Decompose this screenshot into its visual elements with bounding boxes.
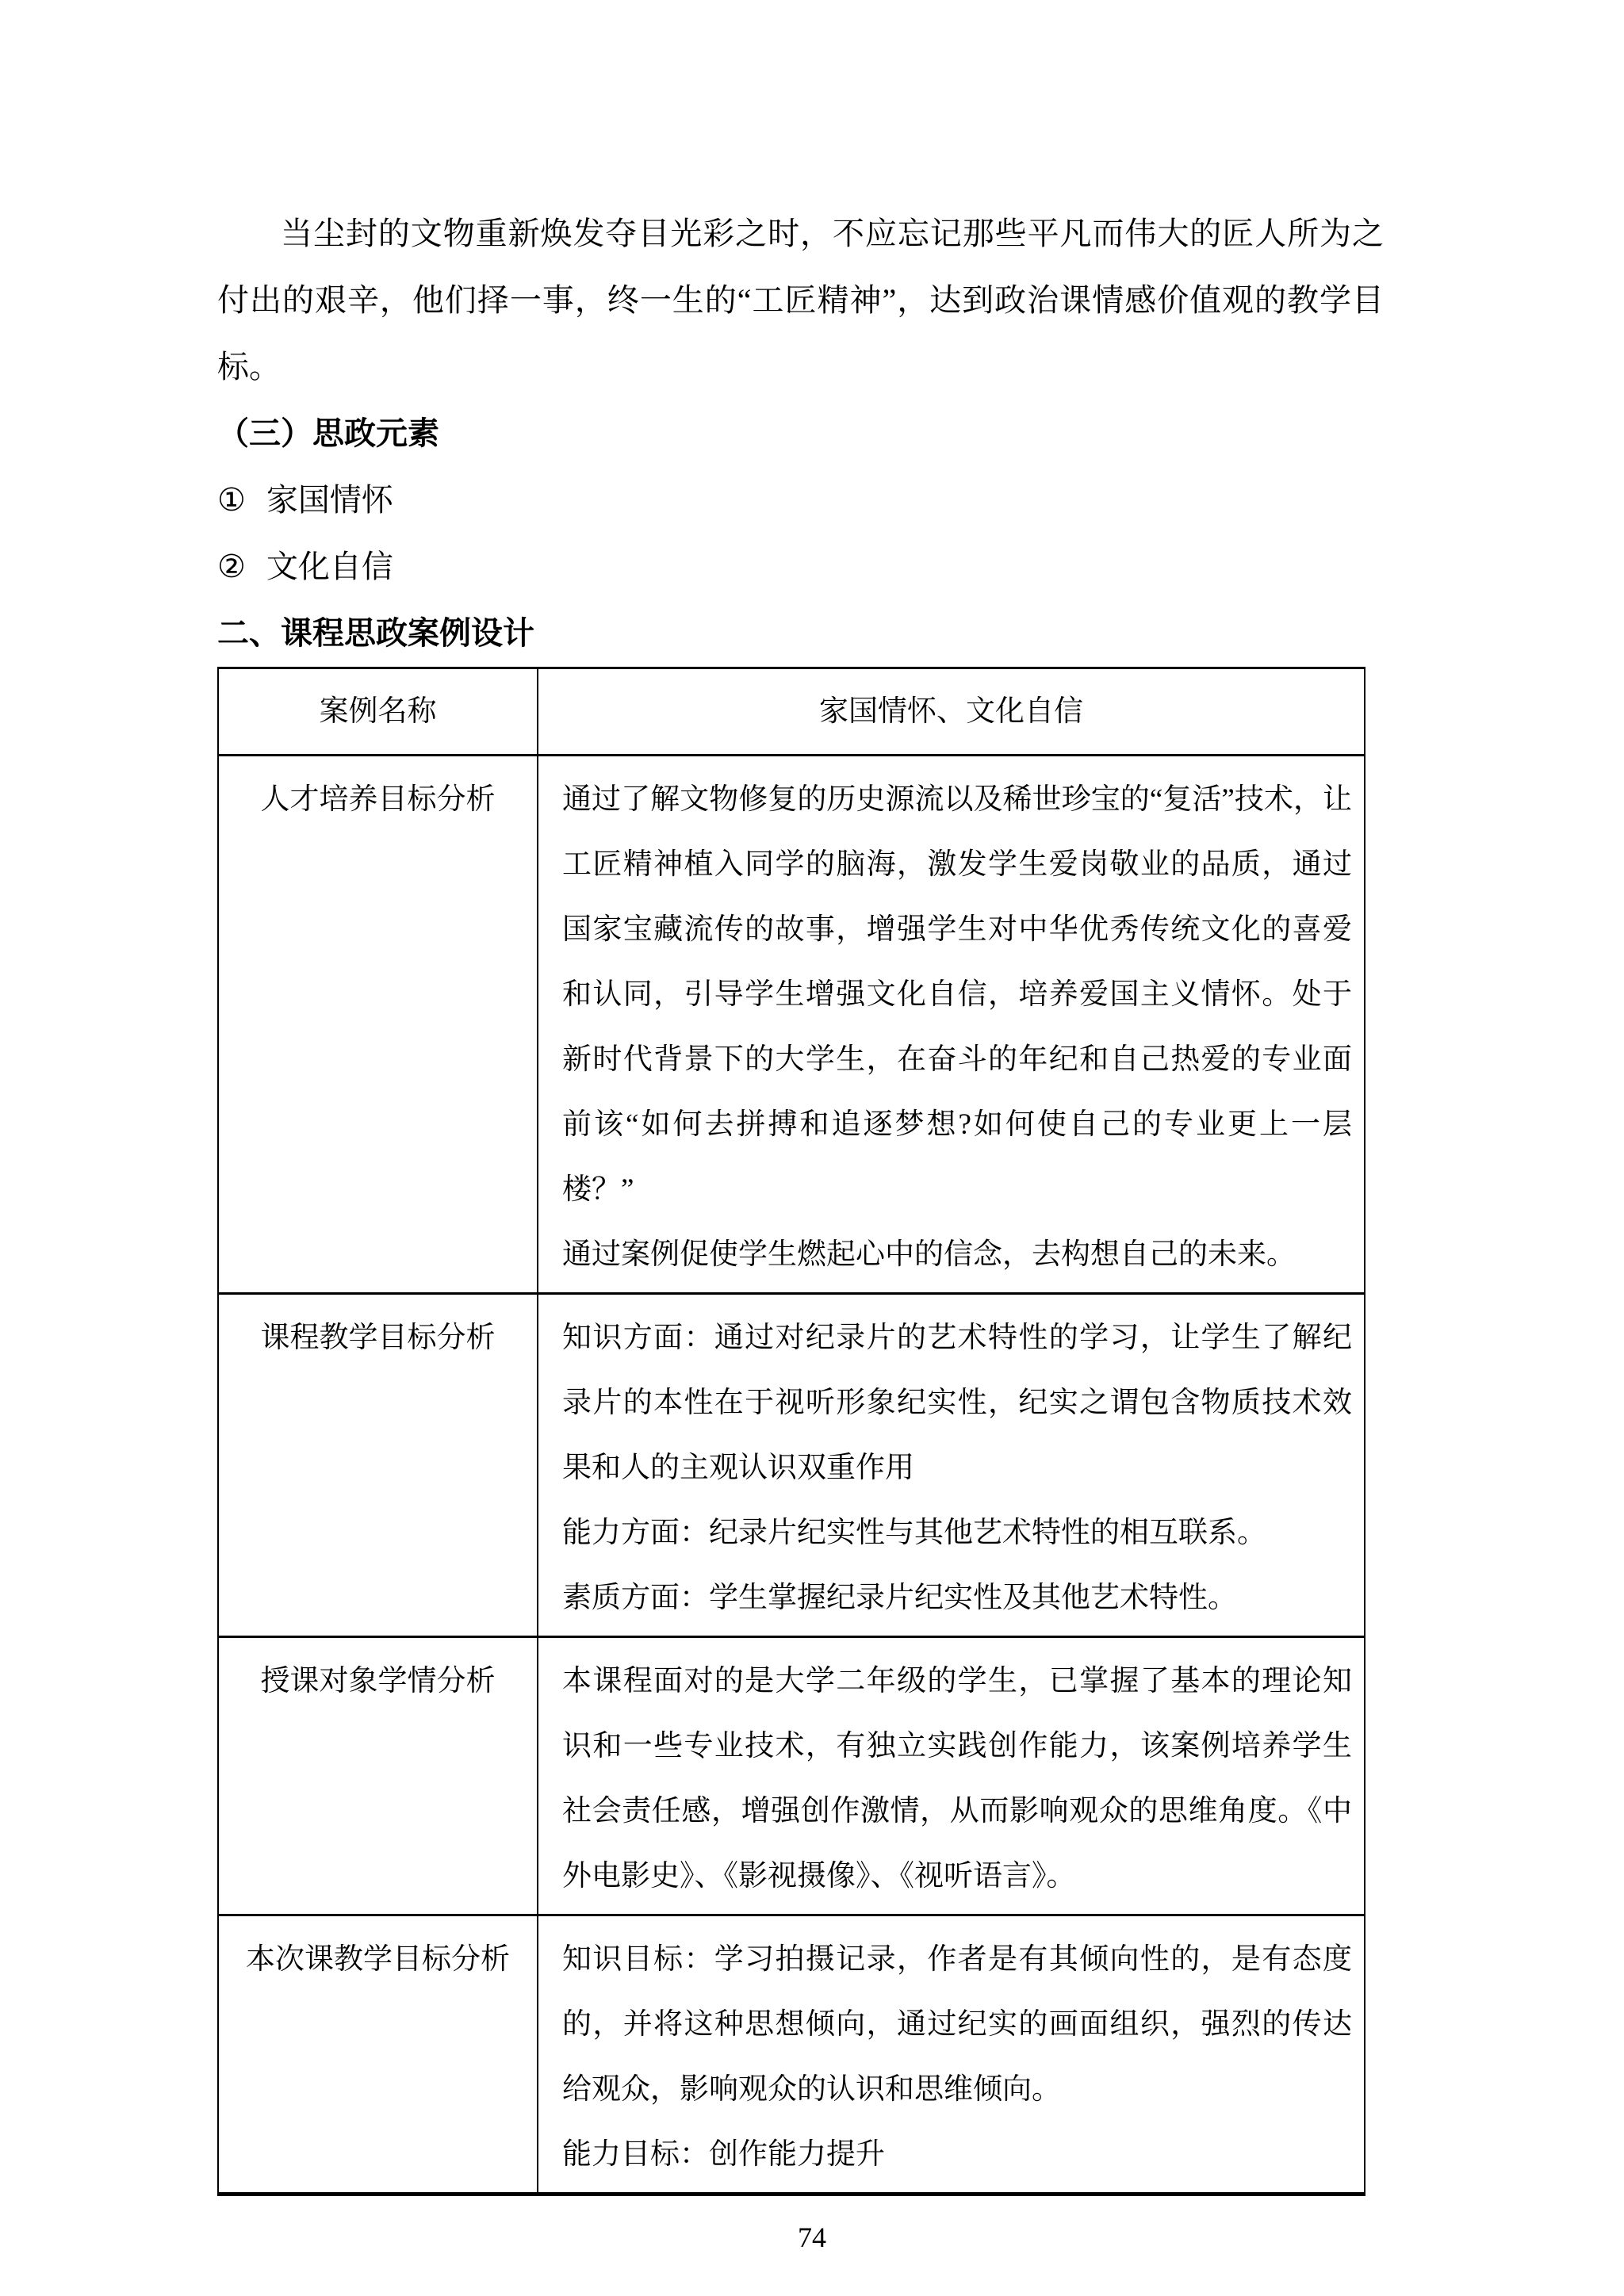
header-cell-case-name: 案例名称 (218, 668, 538, 756)
table-row-lesson-goal: 本次课教学目标分析 知识目标：学习拍摄记录，作者是有其倾向性的，是有态度的，并将… (218, 1915, 1365, 2195)
table-header-row: 案例名称 家国情怀、文化自信 (218, 668, 1365, 756)
case-design-table: 案例名称 家国情怀、文化自信 人才培养目标分析 通过了解文物修复的历史源流以及稀… (217, 667, 1365, 2196)
page-number: 74 (0, 2220, 1624, 2255)
row-content-course-teaching-goal: 知识方面：通过对纪录片的艺术特性的学习，让学生了解纪录片的本性在于视听形象纪实性… (538, 1294, 1365, 1637)
section-heading-sizheng-elements: （三）思政元素 (217, 400, 1384, 467)
table-row-student-analysis: 授课对象学情分析 本课程面对的是大学二年级的学生，已掌握了基本的理论知识和一些专… (218, 1637, 1365, 1915)
circled-number-2-marker: ② (217, 534, 246, 600)
paragraph: 素质方面：学生掌握纪录片纪实性及其他艺术特性。 (562, 1566, 1352, 1631)
circled-number-1-marker: ① (217, 467, 246, 534)
paragraph: 本课程面对的是大学二年级的学生，已掌握了基本的理论知识和一些专业技术，有独立实践… (562, 1649, 1352, 1909)
section-heading-case-design: 二、课程思政案例设计 (217, 600, 1384, 667)
row-label-course-teaching-goal: 课程教学目标分析 (218, 1294, 538, 1637)
row-label-lesson-goal: 本次课教学目标分析 (218, 1915, 538, 2195)
list-item-1: ①家国情怀 (217, 467, 1384, 534)
list-item-1-text: 家国情怀 (266, 482, 393, 518)
paragraph: 能力方面：纪录片纪实性与其他艺术特性的相互联系。 (562, 1501, 1352, 1566)
row-content-lesson-goal: 知识目标：学习拍摄记录，作者是有其倾向性的，是有态度的，并将这种思想倾向，通过纪… (538, 1915, 1365, 2195)
header-cell-sizheng-themes: 家国情怀、文化自信 (538, 668, 1365, 756)
row-label-talent-goal: 人才培养目标分析 (218, 756, 538, 1294)
intro-paragraph: 当尘封的文物重新焕发夺目光彩之时，不应忘记那些平凡而伟大的匠人所为之付出的艰辛，… (217, 201, 1384, 400)
row-content-talent-goal: 通过了解文物修复的历史源流以及稀世珍宝的“复活”技术，让工匠精神植入同学的脑海，… (538, 756, 1365, 1294)
table-row-course-teaching-goal: 课程教学目标分析 知识方面：通过对纪录片的艺术特性的学习，让学生了解纪录片的本性… (218, 1294, 1365, 1637)
paragraph: 知识目标：学习拍摄记录，作者是有其倾向性的，是有态度的，并将这种思想倾向，通过纪… (562, 1927, 1352, 2122)
list-item-2: ②文化自信 (217, 534, 1384, 600)
paragraph: 通过了解文物修复的历史源流以及稀世珍宝的“复活”技术，让工匠精神植入同学的脑海，… (562, 767, 1352, 1223)
row-content-student-analysis: 本课程面对的是大学二年级的学生，已掌握了基本的理论知识和一些专业技术，有独立实践… (538, 1637, 1365, 1915)
row-label-student-analysis: 授课对象学情分析 (218, 1637, 538, 1915)
document-page: 当尘封的文物重新焕发夺目光彩之时，不应忘记那些平凡而伟大的匠人所为之付出的艰辛，… (0, 0, 1624, 2296)
paragraph: 能力目标：创作能力提升 (562, 2122, 1352, 2187)
paragraph: 知识方面：通过对纪录片的艺术特性的学习，让学生了解纪录片的本性在于视听形象纪实性… (562, 1306, 1352, 1501)
paragraph: 通过案例促使学生燃起心中的信念，去构想自己的未来。 (562, 1223, 1352, 1288)
list-item-2-text: 文化自信 (266, 549, 393, 584)
table-row-talent-goal: 人才培养目标分析 通过了解文物修复的历史源流以及稀世珍宝的“复活”技术，让工匠精… (218, 756, 1365, 1294)
